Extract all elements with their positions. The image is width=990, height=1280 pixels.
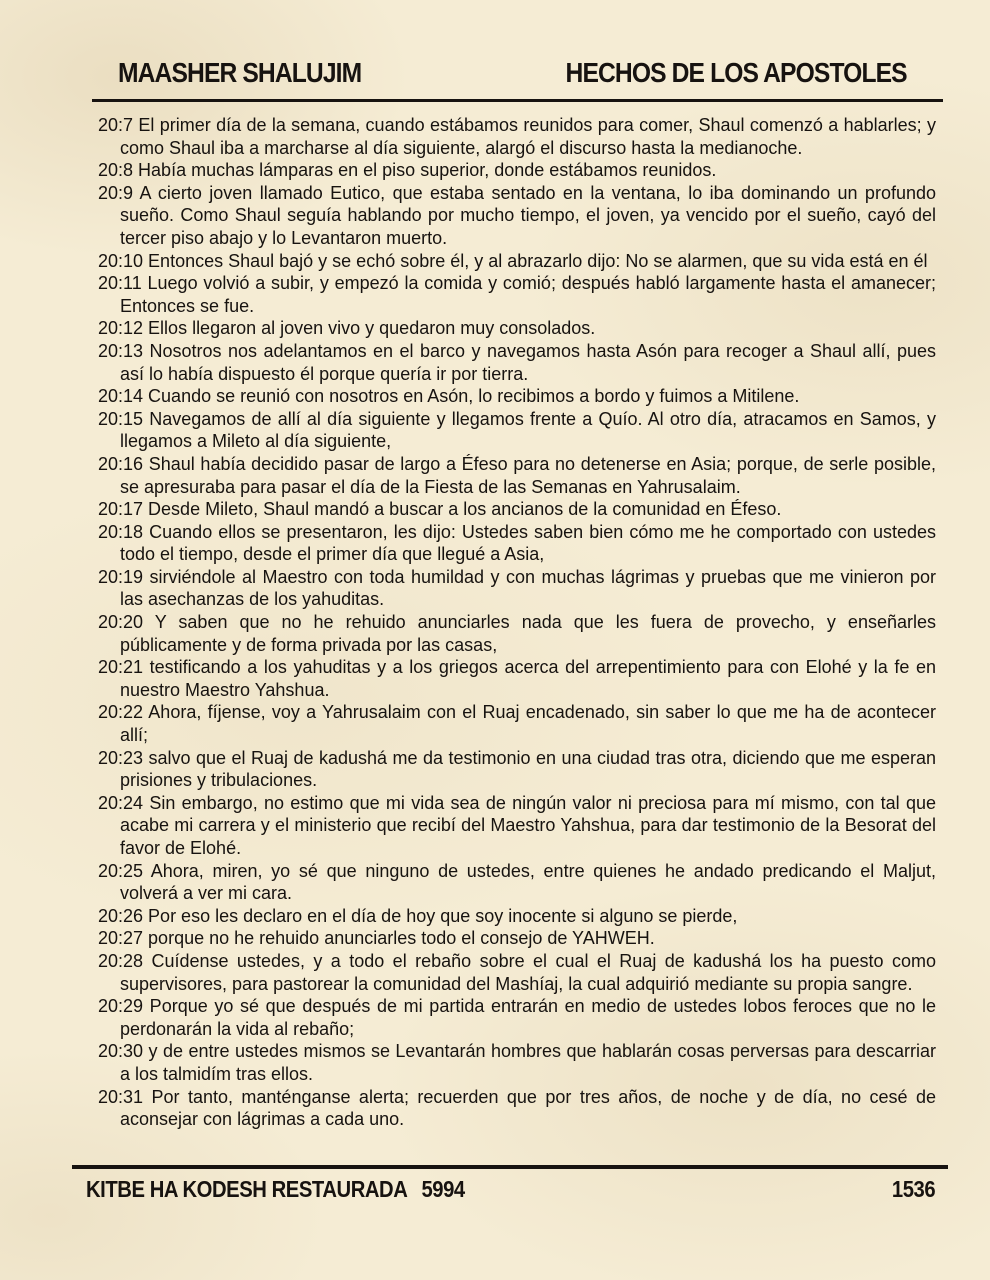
verse-text: El primer día de la semana, cuando estáb… <box>120 115 936 158</box>
verse: 20:20 Y saben que no he rehuido anunciar… <box>98 611 936 656</box>
verse-ref: 20:16 <box>98 454 143 474</box>
verse-ref: 20:7 <box>98 115 133 135</box>
verse-text: testificando a los yahuditas y a los gri… <box>120 657 936 700</box>
header-book-title-transliterated: MAASHER SHALUJIM <box>118 57 361 89</box>
footer-page-number: 1536 <box>892 1176 935 1203</box>
verse-text: Ahora, miren, yo sé que ninguno de usted… <box>120 861 936 904</box>
verse-ref: 20:10 <box>98 251 143 271</box>
verse-text: Ellos llegaron al joven vivo y quedaron … <box>143 318 595 338</box>
verse: 20:16 Shaul había decidido pasar de larg… <box>98 453 936 498</box>
verse: 20:9 A cierto joven llamado Eutico, que … <box>98 182 936 250</box>
verse-text: A cierto joven llamado Eutico, que estab… <box>120 183 936 248</box>
verse: 20:14 Cuando se reunió con nosotros en A… <box>98 385 936 408</box>
verse-text: Cuídense ustedes, y a todo el rebaño sob… <box>120 951 936 994</box>
verse: 20:17 Desde Mileto, Shaul mandó a buscar… <box>98 498 936 521</box>
verse: 20:24 Sin embargo, no estimo que mi vida… <box>98 792 936 860</box>
verse-ref: 20:8 <box>98 160 133 180</box>
verse: 20:28 Cuídense ustedes, y a todo el reba… <box>98 950 936 995</box>
verse-ref: 20:31 <box>98 1087 143 1107</box>
verse-text: Nosotros nos adelantamos en el barco y n… <box>120 341 936 384</box>
verse-ref: 20:28 <box>98 951 143 971</box>
verse-ref: 20:30 <box>98 1041 143 1061</box>
verse-list: 20:7 El primer día de la semana, cuando … <box>98 114 936 1131</box>
verse-ref: 20:18 <box>98 522 143 542</box>
verse: 20:31 Por tanto, manténganse alerta; rec… <box>98 1086 936 1131</box>
verse: 20:22 Ahora, fíjense, voy a Yahrusalaim … <box>98 701 936 746</box>
header-divider <box>92 99 943 102</box>
verse-ref: 20:12 <box>98 318 143 338</box>
verse-text: Por eso les declaro en el día de hoy que… <box>143 906 737 926</box>
verse: 20:21 testificando a los yahuditas y a l… <box>98 656 936 701</box>
verse-text: Cuando ellos se presentaron, les dijo: U… <box>120 522 936 565</box>
verse: 20:8 Había muchas lámparas en el piso su… <box>98 159 936 182</box>
footer-edition-title: KITBE HA KODESH RESTAURADA <box>86 1176 407 1203</box>
verse-text: Sin embargo, no estimo que mi vida sea d… <box>120 793 936 858</box>
verse-text: Y saben que no he rehuido anunciarles na… <box>120 612 936 655</box>
verse-ref: 20:29 <box>98 996 143 1016</box>
verse-ref: 20:19 <box>98 567 143 587</box>
verse-text: sirviéndole al Maestro con toda humildad… <box>120 567 936 610</box>
verse: 20:7 El primer día de la semana, cuando … <box>98 114 936 159</box>
verse-ref: 20:9 <box>98 183 133 203</box>
verse: 20:29 Porque yo sé que después de mi par… <box>98 995 936 1040</box>
verse-text: Desde Mileto, Shaul mandó a buscar a los… <box>143 499 781 519</box>
verse-ref: 20:21 <box>98 657 143 677</box>
verse-ref: 20:26 <box>98 906 143 926</box>
verse-ref: 20:27 <box>98 928 143 948</box>
verse-text: Había muchas lámparas en el piso superio… <box>133 160 716 180</box>
verse: 20:23 salvo que el Ruaj de kadushá me da… <box>98 747 936 792</box>
verse: 20:26 Por eso les declaro en el día de h… <box>98 905 936 928</box>
footer-divider <box>72 1165 948 1169</box>
verse-text: Por tanto, manténganse alerta; recuerden… <box>120 1087 936 1130</box>
verse-text: salvo que el Ruaj de kadushá me da testi… <box>120 748 936 791</box>
verse-ref: 20:24 <box>98 793 143 813</box>
footer-edition-year: 5994 <box>421 1176 464 1203</box>
verse: 20:15 Navegamos de allí al día siguiente… <box>98 408 936 453</box>
verse: 20:12 Ellos llegaron al joven vivo y que… <box>98 317 936 340</box>
verse-ref: 20:14 <box>98 386 143 406</box>
verse-text: Luego volvió a subir, y empezó la comida… <box>120 273 936 316</box>
verse-text: Porque yo sé que después de mi partida e… <box>120 996 936 1039</box>
verse: 20:25 Ahora, miren, yo sé que ninguno de… <box>98 860 936 905</box>
verse: 20:11 Luego volvió a subir, y empezó la … <box>98 272 936 317</box>
footer-edition: KITBE HA KODESH RESTAURADA 5994 <box>86 1176 465 1203</box>
verse-text: Cuando se reunió con nosotros en Asón, l… <box>143 386 799 406</box>
verse-ref: 20:13 <box>98 341 143 361</box>
document-page: MAASHER SHALUJIM HECHOS DE LOS APOSTOLES… <box>0 0 990 1280</box>
verse-ref: 20:22 <box>98 702 143 722</box>
verse-text: Navegamos de allí al día siguiente y lle… <box>120 409 936 452</box>
verse: 20:10 Entonces Shaul bajó y se echó sobr… <box>98 250 936 273</box>
verse-ref: 20:23 <box>98 748 143 768</box>
verse-text: porque no he rehuido anunciarles todo el… <box>143 928 655 948</box>
verse-ref: 20:20 <box>98 612 143 632</box>
verse: 20:18 Cuando ellos se presentaron, les d… <box>98 521 936 566</box>
verse-ref: 20:15 <box>98 409 143 429</box>
verse: 20:27 porque no he rehuido anunciarles t… <box>98 927 936 950</box>
verse: 20:30 y de entre ustedes mismos se Levan… <box>98 1040 936 1085</box>
verse-ref: 20:17 <box>98 499 143 519</box>
verse-text: Ahora, fíjense, voy a Yahrusalaim con el… <box>120 702 936 745</box>
verse-text: y de entre ustedes mismos se Levantarán … <box>120 1041 936 1084</box>
verse-text: Shaul había decidido pasar de largo a Éf… <box>120 454 936 497</box>
header-book-title-spanish: HECHOS DE LOS APOSTOLES <box>566 57 907 89</box>
verse: 20:19 sirviéndole al Maestro con toda hu… <box>98 566 936 611</box>
verse: 20:13 Nosotros nos adelantamos en el bar… <box>98 340 936 385</box>
verse-ref: 20:25 <box>98 861 143 881</box>
verse-text: Entonces Shaul bajó y se echó sobre él, … <box>143 251 927 271</box>
verse-ref: 20:11 <box>98 273 142 293</box>
